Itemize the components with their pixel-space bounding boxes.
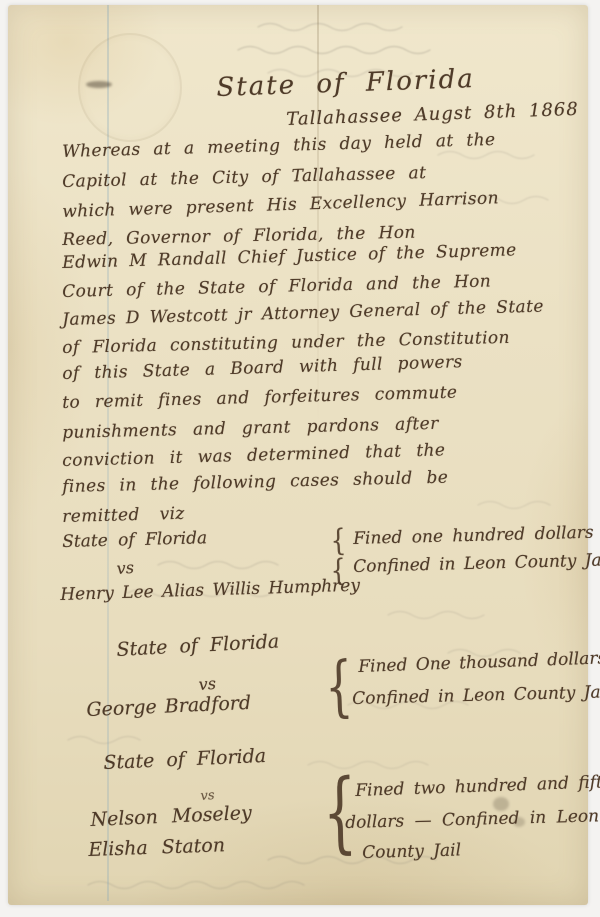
case-brace: {: [324, 647, 354, 726]
ink-smudge: [86, 81, 112, 88]
scanned-document-view: { "document": { "title": "State of Flori…: [0, 0, 600, 917]
case-plaintiff: State of Florida: [62, 528, 207, 552]
document-page: State of Florida Tallahassee Augst 8th 1…: [8, 5, 588, 905]
case-versus: vs: [200, 788, 215, 804]
body-line: remitted viz: [62, 504, 185, 527]
case-sentence-line: County Jail: [362, 840, 461, 863]
case-versus: vs: [198, 674, 217, 694]
case-versus: vs: [116, 558, 135, 578]
case-brace: {: [322, 759, 358, 864]
